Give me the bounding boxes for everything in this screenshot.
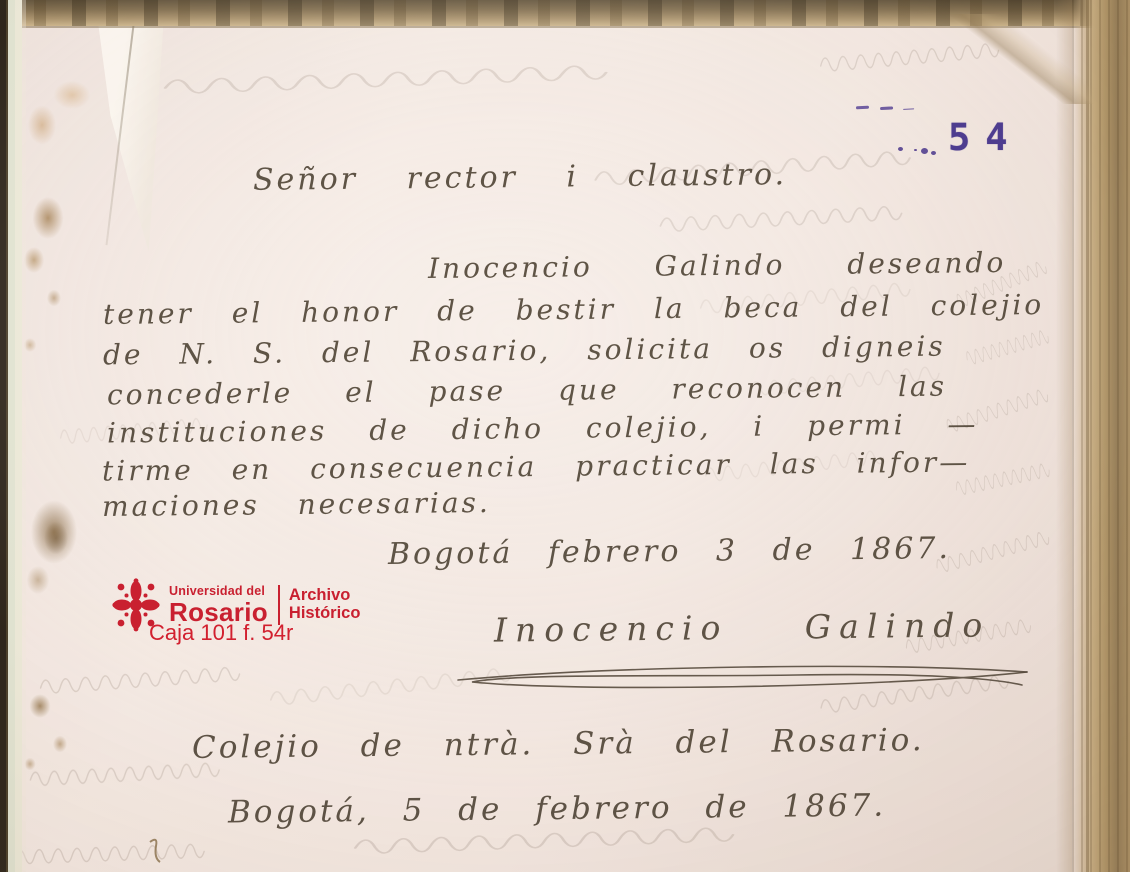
salutation-line: Señor rector i claustro.	[253, 157, 787, 198]
stamp-ink-dots	[898, 147, 903, 151]
watermark-divider	[278, 585, 280, 625]
folio-number-stamp: 54	[948, 116, 1023, 159]
binding-edge-left	[0, 0, 26, 872]
body-line: tener el honor de bestir la beca del col…	[103, 288, 1044, 331]
closing-dateline: Bogotá, 5 de febrero de 1867.	[228, 788, 887, 831]
letter-dateline: Bogotá febrero 3 de 1867.	[388, 531, 951, 572]
page-stack-edge-right	[1072, 0, 1130, 872]
torn-corner-fold	[88, 2, 168, 260]
signature: Inocencio Galindo	[494, 605, 991, 649]
watermark-archive-line2: Histórico	[289, 605, 361, 623]
watermark-university-name: Universidad del Rosario	[169, 585, 268, 625]
watermark-university-small: Universidad del	[169, 585, 268, 598]
body-line: Inocencio Galindo deseando	[428, 246, 1007, 285]
watermark-archive-line1: Archivo	[289, 587, 361, 605]
body-line: tirme en consecuencia practicar las info…	[102, 445, 971, 487]
signature-flourish	[452, 652, 1037, 700]
body-line: instituciones de dicho colejio, i permi …	[107, 407, 979, 449]
body-line: concederle el pase que reconocen las	[107, 370, 947, 412]
fold-crease-line	[106, 9, 137, 245]
stamp-ink-dashes	[856, 106, 869, 110]
archive-box-caption: Caja 101 f. 54r	[149, 620, 293, 646]
body-line: maciones necesarias.	[102, 486, 491, 523]
manuscript-scan: 54 Señor rector i claustro. Inocencio Ga…	[0, 0, 1130, 872]
body-line: de N. S. del Rosario, solicita os dignei…	[103, 330, 946, 372]
page-stack-edge-top	[0, 0, 1130, 26]
closing-institution-line: Colejio de ntrà. Srà del Rosario.	[192, 722, 925, 766]
watermark-archive-name: Archivo Histórico	[289, 587, 361, 623]
